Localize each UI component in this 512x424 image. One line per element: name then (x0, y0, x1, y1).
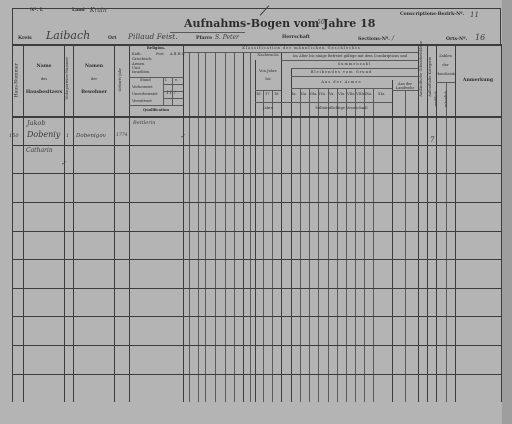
religion-divider (129, 105, 183, 106)
col-line (427, 44, 428, 402)
col-line (205, 52, 206, 402)
bewohner-value: Dobenigov (76, 134, 106, 140)
form-title: Aufnahms-Bogen vom Jahre 18 (184, 18, 375, 29)
kreis-value: Laibach (46, 30, 90, 41)
landwehr-header-2: Landwehr (392, 87, 418, 91)
col-line (373, 88, 374, 402)
age-col: 18 (274, 93, 279, 97)
header-subline (291, 68, 418, 69)
ort-label: Ort (108, 37, 117, 42)
section-label: Sections-Nº. (358, 38, 390, 43)
zahlen-header-1: Zahlen (436, 55, 455, 59)
conscription-value: 11 (470, 12, 479, 19)
row-line (12, 374, 502, 375)
col-line (129, 44, 130, 402)
frame-top-line (12, 8, 500, 9)
row-line (12, 345, 502, 346)
frame-right-top (500, 8, 501, 44)
maennlich-header: männlich (445, 88, 449, 110)
age-col: 17 (265, 93, 270, 97)
land-label: Land (72, 9, 85, 14)
frame-left-top (12, 8, 13, 44)
bewohner-header-1: Namen (74, 65, 114, 70)
header-subline (281, 60, 418, 61)
roman-col: IIa. (301, 93, 307, 97)
row-line (12, 231, 502, 232)
orts-value: 16 (475, 34, 485, 42)
row-line (12, 259, 502, 260)
col-line (392, 80, 393, 402)
row-line (12, 145, 502, 146)
right-mark: 7 (430, 137, 434, 144)
bewohner-header-2: der (74, 78, 114, 82)
check-mark: ✓ (180, 134, 185, 140)
col-line (309, 88, 310, 402)
besitzer-line-3: Catharin (26, 148, 53, 154)
qualification-header: Qualification (129, 109, 183, 113)
status-row: Verwittwet (132, 100, 152, 104)
geburtsjahr-value: 1774 (116, 134, 127, 139)
haus-nummer-header: Haus-Nummer (16, 60, 21, 100)
jahre-footer: Jahre (255, 107, 281, 111)
ort-value: Pillaud Feist. (128, 33, 178, 41)
title-underline (170, 32, 245, 33)
roman-col: IXa. (365, 93, 372, 97)
col-line (225, 52, 226, 402)
name-header-3: Hausbesitzers (24, 91, 64, 96)
col-line (300, 88, 301, 402)
table-left-border (12, 44, 13, 402)
col-line (455, 44, 456, 402)
col-line (198, 52, 199, 402)
table-right-border (501, 44, 502, 402)
zahlen-header-2: der (436, 64, 455, 68)
wohnpartei-header: Wohnparteien-Nummer (66, 60, 70, 100)
roman-col: VIa. (338, 93, 345, 97)
section-value: / (392, 36, 394, 42)
row-line (12, 173, 502, 174)
summenzahl-header: Summenzahl (291, 63, 418, 67)
qualification-value: Bettlerin (133, 121, 155, 126)
anmerkung-header: Anmerkung (455, 79, 501, 84)
religion-divider (163, 84, 183, 85)
pfarre-value: S. Peter (215, 35, 239, 41)
name-header-2: des (24, 78, 64, 82)
aus-der-armee-header: Aus der Armee (291, 81, 392, 85)
col-line (263, 90, 264, 402)
pfarre-label: Pfarre (196, 37, 212, 42)
header-subline (291, 76, 418, 77)
age-col: 16 (256, 93, 261, 97)
haus-nummer-value: 150 (9, 134, 19, 139)
aufenthalt-header: Aufenthalts-Kategorie (429, 57, 433, 97)
von-jahre: Von Jahre (255, 70, 281, 74)
religion-row-b: A.B.H.C. (170, 53, 186, 57)
besitzer-line-2: Dobeniy (27, 131, 60, 139)
religion-row-label: Israeliten (132, 71, 149, 75)
besitzer-line-1: Jakob (27, 120, 46, 127)
col-line (272, 90, 273, 402)
herrschaft-label: Herrschaft (282, 36, 310, 41)
col-line (73, 44, 74, 402)
status-mark: 11 / (166, 91, 176, 96)
wohnpartei-value: 1 (66, 134, 69, 139)
religion-title: Religion. (129, 47, 183, 51)
status-row: Verheiratet (132, 86, 153, 90)
col-line (355, 88, 356, 402)
weiblich-header: weiblich (435, 88, 439, 110)
stand-header: Stand (140, 79, 151, 83)
row-line (12, 288, 502, 289)
ueberzaehlige-header: Im Alter bis einige Befreiet gültige mit… (293, 55, 407, 59)
klassification-title: Klassification der männlichen Geschlecht… (185, 47, 418, 51)
roman-col: VIIa. (347, 93, 356, 97)
roman-col: IIIa. (310, 93, 318, 97)
col-line (23, 44, 24, 402)
col-line (215, 52, 216, 402)
header-body-divider (12, 116, 502, 118)
form-number: Nº. I. (30, 9, 43, 14)
militaerpflichtige-footer: Militärpflichtige Verzeichniß (291, 107, 392, 111)
name-header-1: Name (24, 65, 64, 70)
col-line (446, 82, 447, 402)
bleibendes-header: Bleibendes vom Grund (291, 71, 392, 75)
bewohner-header-3: Bewohner (74, 91, 114, 96)
header-subline (255, 90, 281, 91)
col-line (328, 88, 329, 402)
col-line (114, 44, 115, 402)
roman-col: XIa. (378, 93, 385, 97)
roman-col: IVa. (319, 93, 326, 97)
row-line (12, 202, 502, 203)
header-subline (255, 102, 392, 103)
row-line (12, 316, 502, 317)
auslaendische-header: Ausländische Schutzbefohlene (420, 57, 424, 97)
col-line (418, 44, 419, 402)
year-suffix: 50 (317, 20, 325, 26)
col-line (183, 44, 184, 402)
header-subline (436, 82, 455, 83)
page-edge-shadow (502, 0, 512, 424)
col-line (405, 90, 406, 402)
religion-row-a: Prot. (156, 53, 165, 57)
check-mark-2: ✓ (61, 161, 66, 167)
kreis-label: Kreis (18, 37, 32, 42)
geburtsjahr-header: Geburts-Jahr (119, 60, 123, 100)
roman-col: Ia. (292, 93, 297, 97)
zahlen-header-3: Hausbesitz (436, 73, 455, 77)
col-line (337, 88, 338, 402)
col-line (346, 88, 347, 402)
status-row: Unverheiratet (132, 93, 158, 97)
col-line (318, 88, 319, 402)
stand-v: v. (175, 79, 178, 83)
header-subline (183, 52, 418, 53)
col-line (234, 52, 235, 402)
orts-label: Orts-Nº. (446, 38, 467, 43)
col-line (189, 52, 190, 402)
nachwuchs-header: Nachwuchs (255, 54, 281, 58)
religion-divider (163, 98, 183, 99)
von-jahre-bis: bis (255, 78, 281, 82)
conscription-label: Conscriptions-Bezirk-Nº. (400, 13, 464, 18)
col-line (250, 52, 251, 402)
col-line (291, 68, 292, 402)
roman-col: Va. (329, 93, 335, 97)
col-line (281, 52, 282, 402)
header-subline (291, 88, 392, 89)
stand-l: l. (165, 79, 167, 83)
col-line (243, 52, 244, 402)
col-line (364, 88, 365, 402)
